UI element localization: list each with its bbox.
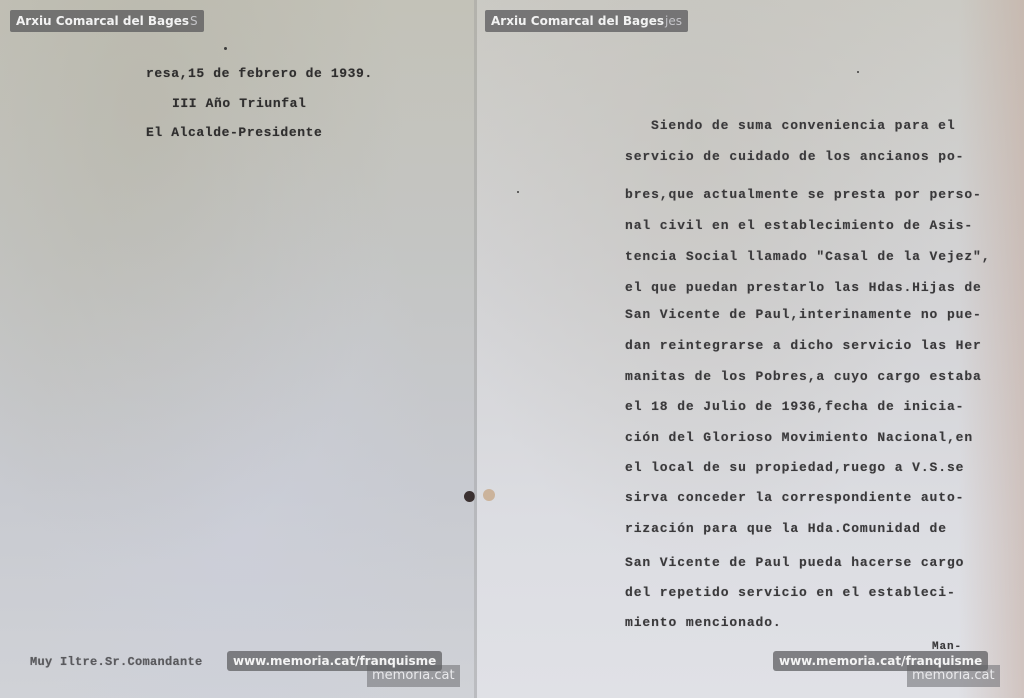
body-line: tencia Social llamado "Casal de la Vejez… (625, 249, 990, 264)
right-page: Arxiu Comarcal del Bagesjes Siendo de su… (477, 0, 1024, 698)
body-line: rización para que la Hda.Comunidad de (625, 521, 947, 536)
body-line: servicio de cuidado de los ancianos po- (625, 149, 964, 164)
archive-watermark-text: Arxiu Comarcal del Bages (16, 14, 189, 28)
date-line: resa,15 de febrero de 1939. (146, 66, 373, 81)
archive-watermark-ghost: S (190, 14, 198, 28)
body-line: nal civil en el establecimiento de Asis- (625, 218, 973, 233)
archive-watermark-ghost: jes (665, 14, 682, 28)
body-line: manitas de los Pobres,a cuyo cargo estab… (625, 369, 982, 384)
addressee-line: Muy Iltre.Sr.Comandante (30, 655, 203, 669)
body-line: San Vicente de Paul,interinamente no pue… (625, 307, 982, 322)
body-line: sirva conceder la correspondiente auto- (625, 490, 964, 505)
body-line: el local de su propiedad,ruego a V.S.se (625, 460, 964, 475)
body-line: Siendo de suma conveniencia para el (651, 118, 956, 133)
url-watermark: www.memoria.cat/franquisme (227, 651, 442, 671)
year-line: III Año Triunfal (172, 96, 306, 111)
body-line: del repetido servicio en el estableci- (625, 585, 956, 600)
archive-watermark: Arxiu Comarcal del Bagesjes (485, 10, 688, 32)
archive-watermark-text: Arxiu Comarcal del Bages (491, 14, 664, 28)
ink-speck (517, 191, 519, 193)
ink-speck (224, 47, 227, 50)
document-spread: Arxiu Comarcal del BagesS resa,15 de feb… (0, 0, 1024, 698)
body-line: ción del Glorioso Movimiento Nacional,en (625, 430, 973, 445)
body-line: el que puedan prestarlo las Hdas.Hijas d… (625, 280, 982, 295)
body-line: miento mencionado. (625, 615, 782, 630)
left-page: Arxiu Comarcal del BagesS resa,15 de feb… (0, 0, 477, 698)
archive-watermark: Arxiu Comarcal del BagesS (10, 10, 204, 32)
stain-mark (483, 489, 495, 501)
ink-speck (857, 71, 859, 73)
body-line: dan reintegrarse a dicho servicio las He… (625, 338, 982, 353)
body-line: San Vicente de Paul pueda hacerse cargo (625, 555, 964, 570)
body-line: bres,que actualmente se presta por perso… (625, 187, 982, 202)
signatory-line: El Alcalde-Presidente (146, 125, 322, 140)
body-line: el 18 de Julio de 1936,fecha de inicia- (625, 399, 964, 414)
url-watermark: www.memoria.cat/franquisme (773, 651, 988, 671)
punch-hole-mark (464, 491, 475, 502)
